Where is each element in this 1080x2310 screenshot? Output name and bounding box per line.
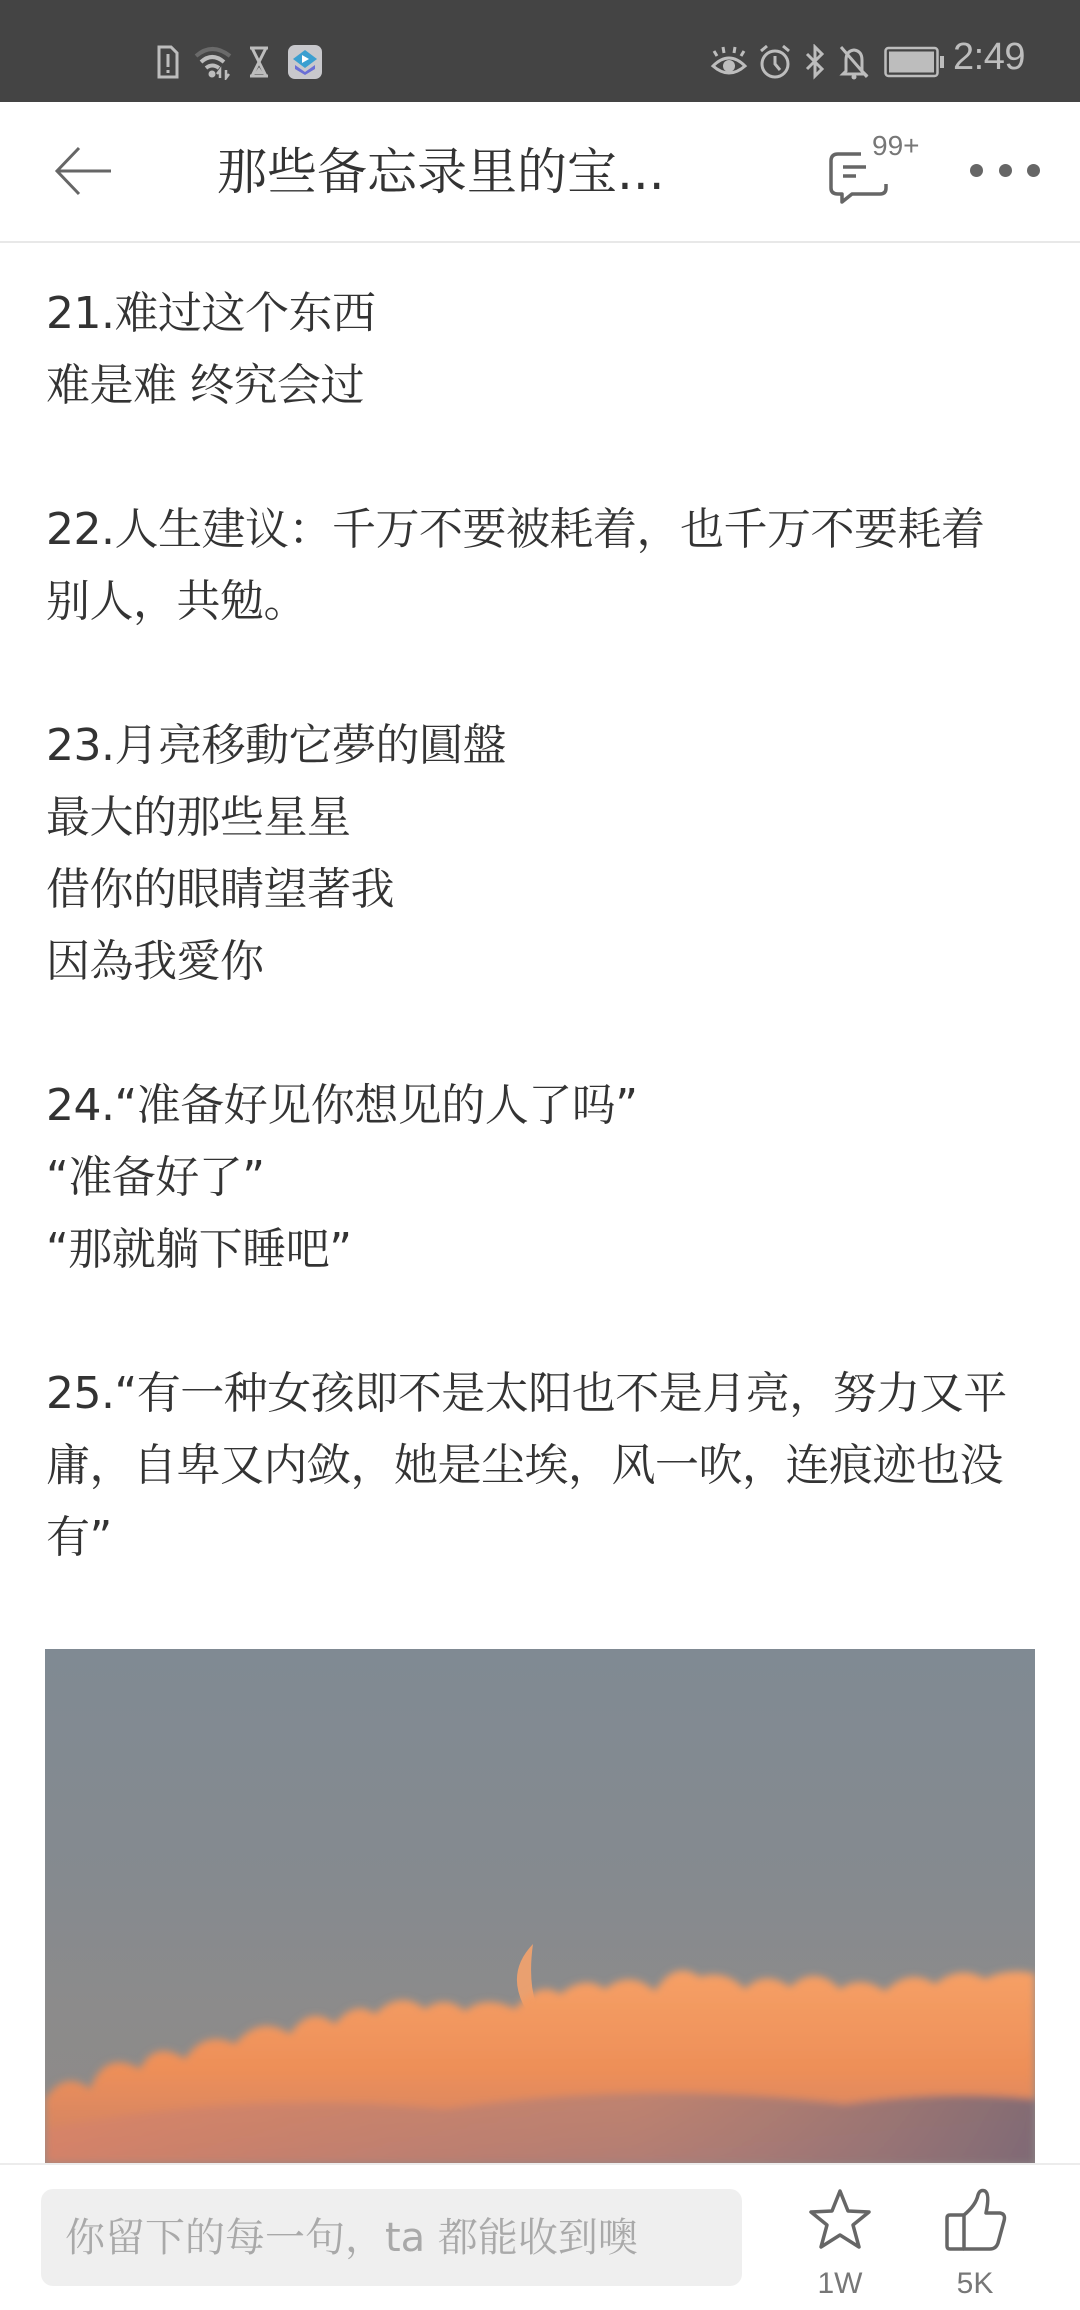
comments-button[interactable]: 99+ xyxy=(826,130,926,220)
paragraph-22: 22.人生建议：千万不要被耗着，也千万不要耗着 别人，共勉。 xyxy=(46,494,1046,638)
paragraph-25: 25.“有一种女孩即不是太阳也不是月亮，努力又平 庸，自卑又内敛，她是尘埃，风一… xyxy=(46,1358,1046,1574)
arrow-left-icon xyxy=(53,145,113,201)
app-notification-icon xyxy=(288,44,322,80)
paragraph-21: 21.难过这个东西 难是难 终究会过 xyxy=(46,278,1046,422)
bottom-action-bar: 1W 5K xyxy=(0,2163,1080,2310)
clock-time: 2:49 xyxy=(953,36,1025,79)
text-line: 21.难过这个东西 xyxy=(46,278,1046,350)
paragraph-23: 23.月亮移動它夢的圓盤 最大的那些星星 借你的眼睛望著我 因為我愛你 xyxy=(46,710,1046,998)
comment-count-badge: 99+ xyxy=(872,130,920,162)
wifi-icon xyxy=(194,44,234,80)
text-line: 别人，共勉。 xyxy=(46,566,1046,638)
text-line: 22.人生建议：千万不要被耗着，也千万不要耗着 xyxy=(46,494,1046,566)
text-line: 有” xyxy=(46,1502,1046,1574)
bluetooth-icon xyxy=(804,44,826,80)
sim-alert-icon xyxy=(156,44,180,80)
paragraph-spacer xyxy=(46,638,1046,710)
top-app-bar: 那些备忘录里的宝... 99+ xyxy=(0,102,1080,243)
page-title: 那些备忘录里的宝... xyxy=(217,140,697,204)
paragraph-spacer xyxy=(46,1286,1046,1358)
favorite-button[interactable]: 1W xyxy=(785,2187,895,2307)
like-button[interactable]: 5K xyxy=(920,2187,1030,2307)
comment-input[interactable] xyxy=(41,2189,742,2286)
more-dots-icon xyxy=(970,164,983,177)
like-count: 5K xyxy=(920,2267,1030,2301)
text-line: 庸，自卑又内敛，她是尘埃，风一吹，连痕迹也没 xyxy=(46,1430,1046,1502)
text-line: 25.“有一种女孩即不是太阳也不是月亮，努力又平 xyxy=(46,1358,1046,1430)
article-body: 21.难过这个东西 难是难 终究会过 22.人生建议：千万不要被耗着，也千万不要… xyxy=(46,278,1046,1574)
text-line: “准备好了” xyxy=(46,1142,1046,1214)
text-line: 24.“准备好见你想见的人了吗” xyxy=(46,1070,1046,1142)
paragraph-24: 24.“准备好见你想见的人了吗” “准备好了” “那就躺下睡吧” xyxy=(46,1070,1046,1286)
text-line: 最大的那些星星 xyxy=(46,782,1046,854)
text-line: 23.月亮移動它夢的圓盤 xyxy=(46,710,1046,782)
paragraph-spacer xyxy=(46,422,1046,494)
paragraph-spacer xyxy=(46,998,1046,1070)
text-line: 因為我愛你 xyxy=(46,926,1046,998)
favorite-count: 1W xyxy=(785,2267,895,2301)
alarm-icon xyxy=(758,44,792,80)
text-line: “那就躺下睡吧” xyxy=(46,1214,1046,1286)
article-image-moon-clouds[interactable] xyxy=(45,1649,1035,2164)
more-options-button[interactable] xyxy=(970,150,1040,190)
status-bar: 2:49 xyxy=(0,0,1080,102)
battery-icon xyxy=(884,44,946,80)
more-dot xyxy=(1027,164,1040,177)
text-line: 难是难 终究会过 xyxy=(46,350,1046,422)
eye-comfort-icon xyxy=(710,44,748,80)
back-button[interactable] xyxy=(50,142,116,204)
hourglass-icon xyxy=(248,44,270,80)
bell-muted-icon xyxy=(838,44,870,80)
more-dot xyxy=(999,164,1012,177)
text-line: 借你的眼睛望著我 xyxy=(46,854,1046,926)
